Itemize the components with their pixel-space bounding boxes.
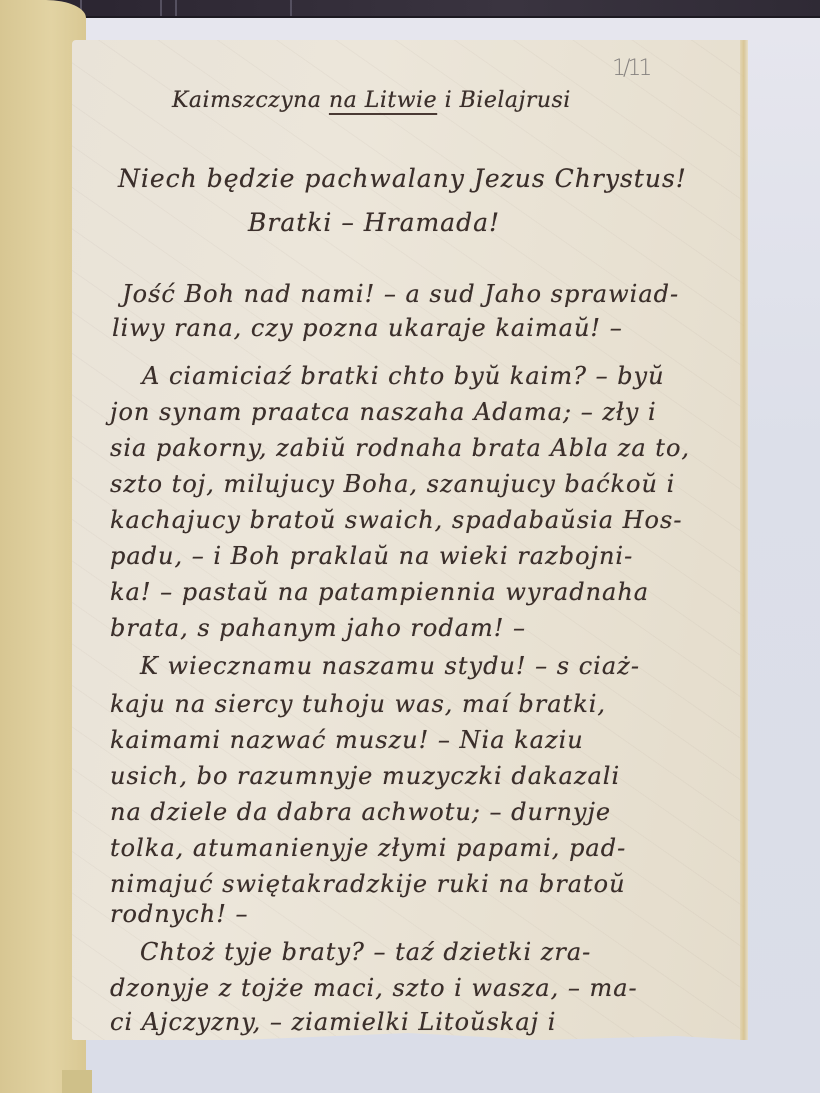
text-line: dzonyje z tojże maci, szto i wasza, – ma… (110, 974, 638, 1002)
title-underlined: na Litwie (329, 88, 437, 113)
document-title: Kaimszczyna na Litwie i Bielajrusi (172, 88, 571, 113)
text-line: jon synam praatca naszaha Adama; – zły i (110, 398, 657, 426)
dark-background-strip (40, 0, 820, 18)
title-suffix: i Bielajrusi (437, 88, 571, 113)
text-line: tolka, atumanienyje złymi papami, pad- (110, 834, 626, 862)
text-line: Chtoż tyje braty? – taź dzietki zra- (140, 938, 591, 966)
text-line: kaju na siercy tuhoju was, maí bratki, (110, 690, 606, 718)
text-line: padu, – i Boh praklaŭ na wieki razbojni- (110, 542, 633, 570)
strip-divider (175, 0, 177, 16)
text-line: rodnych! – (110, 900, 248, 928)
text-line: sia pakorny, zabiŭ rodnaha brata Abla za… (110, 434, 690, 462)
strip-divider (290, 0, 292, 16)
text-line: kaimami nazwać muszu! – Nia kaziu (110, 726, 584, 754)
text-line: kachajucy bratoŭ swaich, spadabaŭsia Hos… (110, 506, 682, 534)
text-line: szto toj, milujucy Boha, szanujucy baćko… (110, 470, 675, 498)
text-line: ci Ajczyzny, – ziamielki Litoŭskaj i (110, 1008, 556, 1036)
text-line: Jość Boh nad nami! – a sud Jaho sprawiad… (122, 280, 679, 308)
text-line: K wiecznamu naszamu stydu! – s ciaż- (140, 652, 640, 680)
title-prefix: Kaimszczyna (172, 88, 329, 113)
text-line: A ciamiciaź bratki chto byŭ kaim? – byŭ (142, 362, 665, 390)
text-line: liwy rana, czy pozna ukaraje kaimaŭ! – (112, 314, 623, 342)
greeting-line: Niech będzie pachwalany Jezus Chrystus! (118, 164, 687, 193)
text-line: brata, s pahanym jaho rodam! – (110, 614, 526, 642)
text-line: nimajuć swiętakradzkije ruki na bratoŭ (110, 870, 626, 898)
page-edge (740, 40, 748, 1040)
text-line: usich, bo razumnyje muzyczki dakazali (110, 762, 620, 790)
salutation-line: Bratki – Hramada! (248, 208, 500, 237)
folio-number: 1/11 (612, 56, 649, 81)
text-line: na dziele da dabra achwotu; – durnyje (110, 798, 611, 826)
folder-shadow (62, 1070, 92, 1093)
strip-divider (160, 0, 162, 16)
text-line: ka! – pastaŭ na patampiennia wyradnaha (110, 578, 649, 606)
